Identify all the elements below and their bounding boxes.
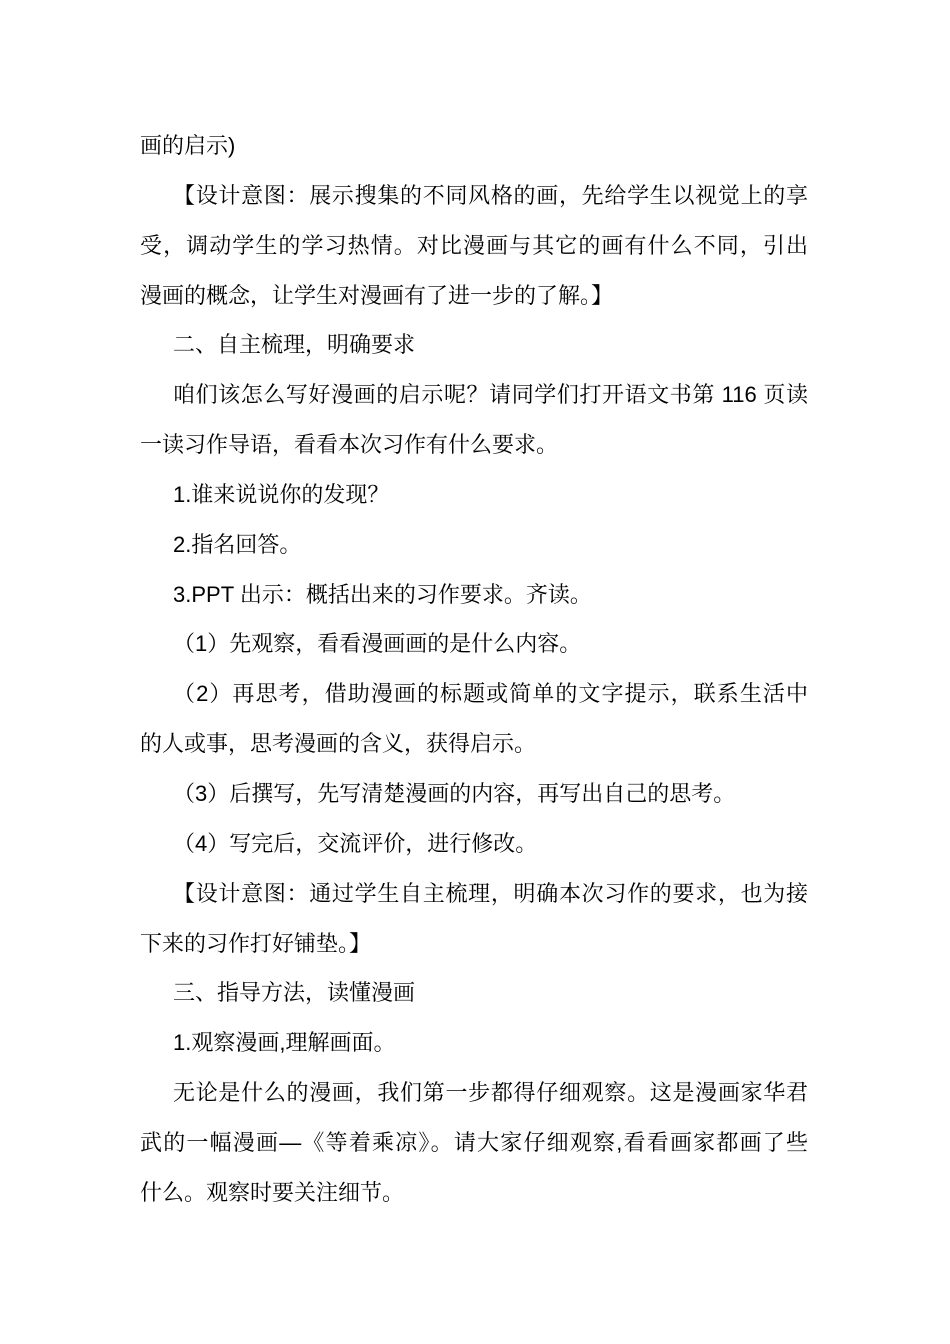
numbered-item: 1.观察漫画,理解画面。 [140, 1018, 808, 1068]
text-line: 咱们该怎么写好漫画的启示呢？请同学们打开语文书第 116 页读 [140, 370, 808, 420]
text-line: 漫画的概念，让学生对漫画有了进一步的了解。】 [140, 271, 808, 321]
text-line: 无论是什么的漫画，我们第一步都得仔细观察。这是漫画家华君 [140, 1068, 808, 1118]
numbered-item: 3.PPT 出示：概括出来的习作要求。齐读。 [140, 570, 808, 620]
text-line: 【设计意图：展示搜集的不同风格的画，先给学生以视觉上的享 [140, 171, 808, 221]
text-line: 一读习作导语，看看本次习作有什么要求。 [140, 420, 808, 470]
document-page: 画的启示) 【设计意图：展示搜集的不同风格的画，先给学生以视觉上的享 受，调动学… [0, 0, 950, 1344]
text-line: 什么。观察时要关注细节。 [140, 1168, 808, 1218]
text-line: 画的启示) [140, 121, 808, 171]
sub-item: （2）再思考，借助漫画的标题或简单的文字提示，联系生活中 [140, 669, 808, 719]
numbered-item: 2.指名回答。 [140, 520, 808, 570]
text-line: 的人或事，思考漫画的含义，获得启示。 [140, 719, 808, 769]
text-line: 受，调动学生的学习热情。对比漫画与其它的画有什么不同，引出 [140, 221, 808, 271]
numbered-item: 1.谁来说说你的发现？ [140, 470, 808, 520]
section-heading: 三、指导方法，读懂漫画 [140, 968, 808, 1018]
document-text-block: 画的启示) 【设计意图：展示搜集的不同风格的画，先给学生以视觉上的享 受，调动学… [140, 0, 808, 1218]
text-line: 【设计意图：通过学生自主梳理，明确本次习作的要求，也为接 [140, 869, 808, 919]
sub-item: （1）先观察，看看漫画画的是什么内容。 [140, 619, 808, 669]
sub-item: （4）写完后，交流评价，进行修改。 [140, 819, 808, 869]
sub-item: （3）后撰写，先写清楚漫画的内容，再写出自己的思考。 [140, 769, 808, 819]
text-line: 下来的习作打好铺垫。】 [140, 919, 808, 969]
section-heading: 二、自主梳理，明确要求 [140, 320, 808, 370]
text-line: 武的一幅漫画—《等着乘凉》。请大家仔细观察,看看画家都画了些 [140, 1118, 808, 1168]
